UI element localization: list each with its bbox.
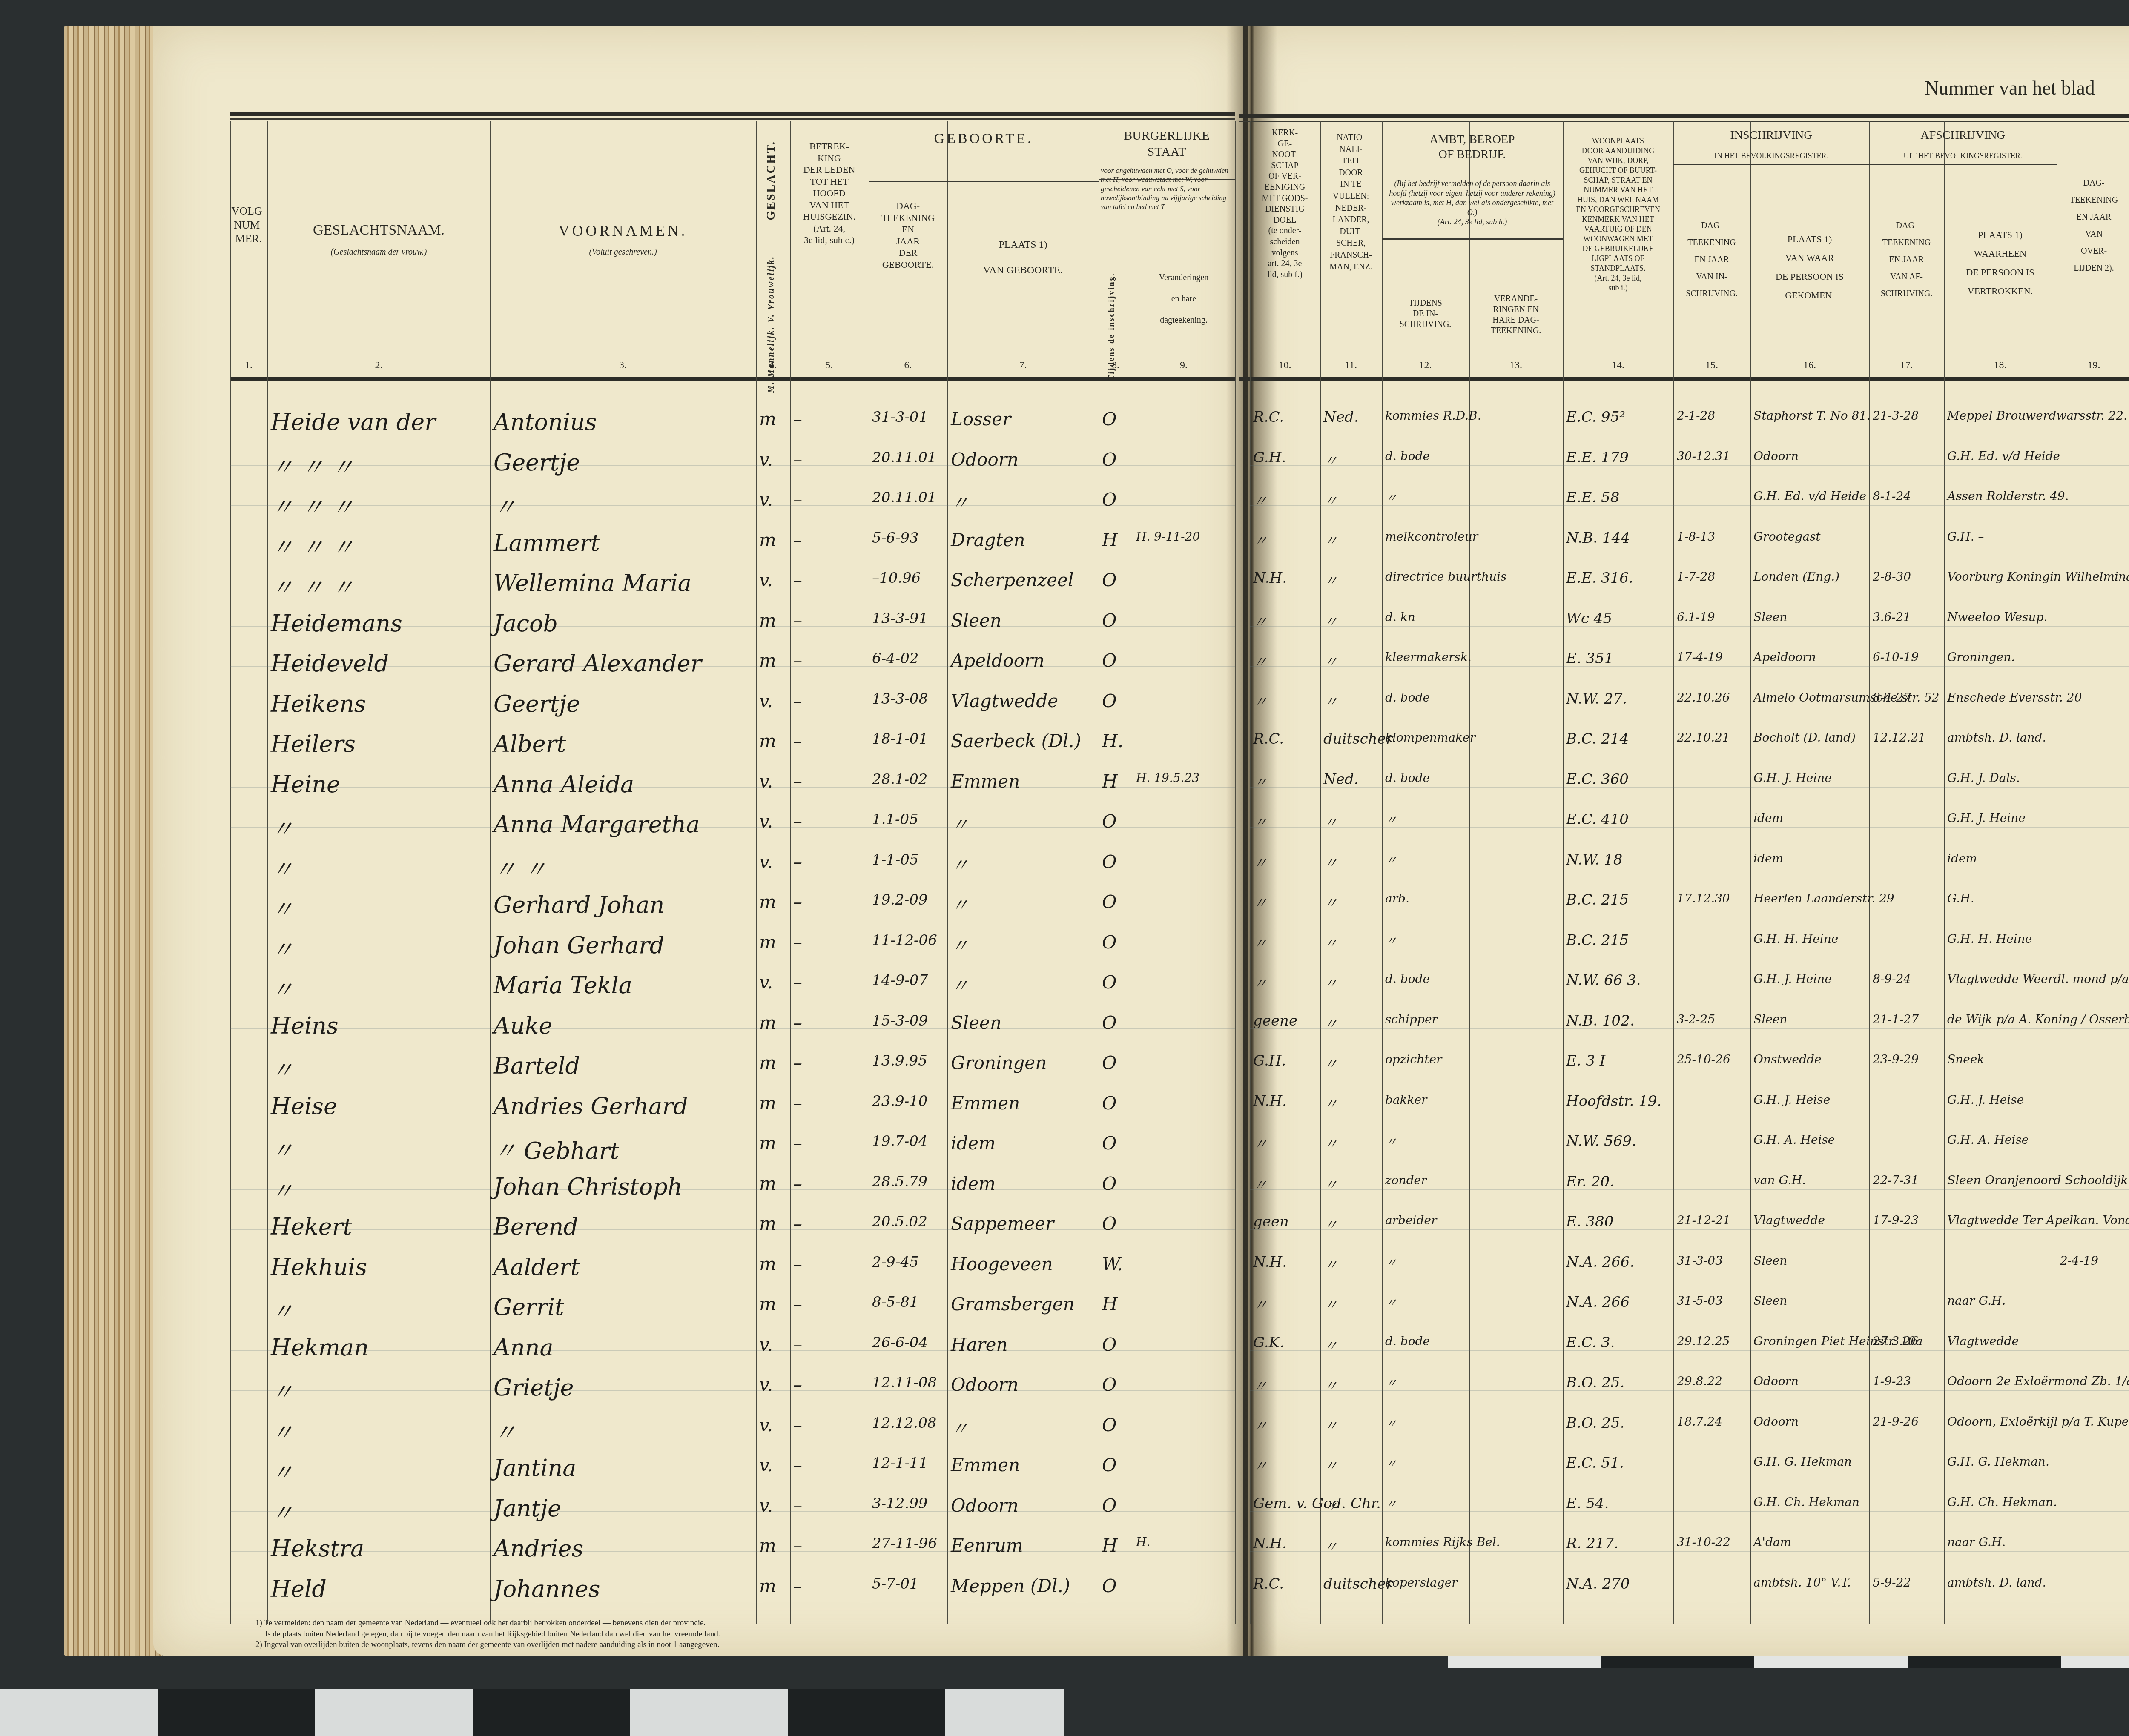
header-group-underline	[1869, 164, 2057, 165]
cell-given: Aaldert	[494, 1254, 580, 1281]
calibration-checkerboard	[0, 1689, 1064, 1736]
column-number: 8.	[1099, 360, 1133, 371]
cell-surname: 〃	[271, 1173, 294, 1206]
cell-nat: Ned.	[1323, 409, 1358, 426]
cell-given: Johan Christoph	[494, 1173, 683, 1200]
cell-in-date: 29.8.22	[1677, 1374, 1722, 1388]
cell-church: 〃	[1253, 1374, 1268, 1395]
cell-address: B.O. 25.	[1566, 1374, 1624, 1391]
cell-church: geene	[1253, 1012, 1297, 1029]
ruled-line	[230, 1390, 1235, 1391]
ruled-line	[1250, 988, 2129, 988]
column-number: 10.	[1250, 360, 1320, 371]
ruled-line	[230, 868, 1235, 868]
cell-address: E.E. 58	[1566, 489, 1619, 506]
header-top-rule-right	[1239, 114, 2129, 118]
ruled-line	[230, 505, 1235, 506]
column-number: 4.	[756, 360, 790, 371]
cell-given: 〃	[494, 1415, 516, 1447]
cell-surname: Heidemans	[271, 610, 402, 637]
cell-rel: –	[793, 1334, 802, 1355]
cell-sex: m	[759, 530, 776, 550]
cell-occupation: kleermakersk.	[1385, 650, 1472, 664]
cell-address: N.W. 27.	[1566, 690, 1627, 708]
cell-sex: v.	[759, 851, 773, 872]
cell-birth-date: 20.5.02	[872, 1213, 927, 1230]
cell-in-from: idem	[1753, 851, 1783, 865]
cell-birth-place: 〃	[951, 489, 969, 515]
cell-civil: O	[1102, 1213, 1116, 1234]
cell-rel: –	[793, 1213, 802, 1234]
cell-occupation: opzichter	[1385, 1052, 1442, 1066]
cell-rel: –	[793, 771, 802, 792]
column-divider	[1320, 121, 1321, 1624]
header-bottom-rule-left	[230, 377, 1235, 381]
cell-birth-date: 27-11-96	[872, 1535, 937, 1552]
cell-nat: 〃	[1323, 449, 1338, 470]
cell-rel: –	[793, 1133, 802, 1154]
cell-surname: Hekhuis	[271, 1254, 367, 1281]
cell-out-to: G.H. J. Heise	[1947, 1093, 2024, 1107]
cell-given: Andries	[494, 1535, 583, 1562]
ruled-line	[1250, 425, 2129, 425]
cell-occupation: 〃	[1385, 1133, 1397, 1150]
ruled-line	[230, 747, 1235, 747]
cell-in-date: 25-10-26	[1677, 1052, 1730, 1066]
cell-nat: 〃	[1323, 1455, 1338, 1475]
cell-nat: 〃	[1323, 1495, 1338, 1516]
column-divider	[267, 121, 268, 1624]
header-top-rule-left	[230, 112, 1235, 116]
cell-in-from: Bocholt (D. land)	[1753, 730, 1856, 745]
sheet-number-label: Nummer van het blad	[1925, 77, 2095, 99]
cell-out-date: 27.3.26	[1873, 1334, 1918, 1348]
header-nationaliteit: NATIO- NALI- TEIT DOOR IN TE VULLEN: NED…	[1320, 132, 1382, 273]
header-betrekking: BETREK- KING DER LEDEN TOT HET HOOFD VAN…	[790, 140, 869, 246]
header-civil-veranderingen: Veranderingen en hare dagteekening.	[1133, 272, 1235, 326]
cell-church: G.H.	[1253, 1052, 1286, 1069]
cell-birth-date: 6-4-02	[872, 650, 919, 667]
cell-address: B.O. 25.	[1566, 1415, 1624, 1432]
cell-occupation: d. bode	[1385, 771, 1430, 785]
cell-rel: –	[793, 1173, 802, 1194]
ruled-line	[1250, 546, 2129, 546]
cell-out-to: Vlagtwedde Weerdl. mond p/a A. Mendering…	[1947, 972, 2129, 986]
cell-surname: Hekman	[271, 1334, 369, 1361]
cell-nat: duitscher	[1323, 1576, 1393, 1593]
cell-birth-place: Eenrum	[951, 1535, 1023, 1556]
header-ambt-tijdens: TIJDENS DE IN- SCHRIJVING.	[1382, 298, 1469, 330]
ruled-line	[1250, 868, 2129, 868]
cell-surname: Heine	[271, 771, 340, 798]
cell-out-to: naar G.H.	[1947, 1535, 2006, 1549]
cell-surname: Heins	[271, 1012, 339, 1039]
cell-occupation: arb.	[1385, 891, 1409, 905]
cell-out-to: Vlagtwedde	[1947, 1334, 2019, 1348]
cell-given: Grietje	[494, 1374, 574, 1401]
cell-sex: m	[759, 1052, 776, 1073]
column-number: 6.	[869, 360, 947, 371]
cell-sex: m	[759, 1294, 776, 1315]
column-number: 5.	[790, 360, 869, 371]
cell-nat: 〃	[1323, 1012, 1338, 1033]
ruled-line	[1250, 948, 2129, 948]
cell-given: Auke	[494, 1012, 552, 1039]
ruled-line	[230, 586, 1235, 586]
column-number: 19.	[2057, 360, 2129, 371]
cell-out-to: Meppel Brouwerdwarsstr. 22.	[1947, 409, 2127, 423]
cell-in-from: Sleen	[1753, 1012, 1787, 1026]
cell-civil: O	[1102, 690, 1116, 711]
ruled-line	[1250, 1431, 2129, 1431]
cell-birth-date: 20.11.01	[872, 449, 936, 466]
cell-out-date: 3.6-21	[1873, 610, 1911, 624]
cell-occupation: 〃	[1385, 932, 1397, 949]
cell-surname: 〃	[271, 811, 294, 844]
cell-nat: 〃	[1323, 1052, 1338, 1073]
cell-given: Jacob	[494, 610, 558, 637]
cell-civil: O	[1102, 489, 1116, 510]
cell-birth-place: Meppen (Dl.)	[951, 1576, 1070, 1596]
ruled-line	[230, 465, 1235, 466]
cell-church: 〃	[1253, 811, 1268, 832]
cell-in-from: idem	[1753, 811, 1783, 825]
column-divider	[1673, 121, 1674, 1624]
cell-nat: 〃	[1323, 1334, 1338, 1355]
column-number: 13.	[1469, 360, 1563, 371]
cell-sex: v.	[759, 489, 773, 510]
header-group-burgerlijke-staat: BURGERLIJKE STAAT	[1099, 128, 1235, 160]
column-number: 14.	[1563, 360, 1673, 371]
cell-surname: 〃 〃 〃	[271, 449, 354, 482]
cell-rel: –	[793, 570, 802, 590]
cell-occupation: d. kn	[1385, 610, 1415, 624]
cell-rel: –	[793, 1254, 802, 1275]
cell-out-date: 21-9-26	[1873, 1415, 1919, 1429]
column-divider	[490, 121, 491, 1624]
cell-birth-place: 〃	[951, 851, 969, 877]
header-inschrijving-sub: IN HET BEVOLKINGSREGISTER.	[1673, 151, 1869, 161]
cell-sex: m	[759, 1133, 776, 1154]
cell-sex: v.	[759, 972, 773, 993]
header-group-ambt: AMBT, BEROEP OF BEDRIJF.	[1382, 132, 1563, 162]
cell-birth-date: 13-3-08	[872, 690, 928, 708]
column-number: 15.	[1673, 360, 1750, 371]
cell-nat: 〃	[1323, 1254, 1338, 1275]
cell-birth-date: 28.5.79	[872, 1173, 927, 1190]
cell-church: 〃	[1253, 530, 1268, 550]
cell-birth-place: Emmen	[951, 1455, 1020, 1475]
footnotes: 1) Te vermelden: den naam der gemeente v…	[255, 1618, 1235, 1650]
cell-birth-place: Sleen	[951, 610, 1001, 631]
cell-occupation: d. bode	[1385, 972, 1430, 986]
cell-nat: 〃	[1323, 1294, 1338, 1315]
cell-civil: O	[1102, 1374, 1116, 1395]
cell-rel: –	[793, 1535, 802, 1556]
column-divider	[1250, 121, 1251, 1624]
footnote-1: 1) Te vermelden: den naam der gemeente v…	[255, 1618, 1235, 1629]
ruled-line	[230, 1028, 1235, 1029]
cell-address: E.E. 316.	[1566, 570, 1633, 587]
cell-civil-change: H. 19.5.23	[1136, 771, 1199, 785]
cell-occupation: 〃	[1385, 851, 1397, 868]
header-geboorte-plaats: PLAATS 1) VAN GEBOORTE.	[947, 238, 1099, 277]
cell-occupation: koperslager	[1385, 1576, 1458, 1590]
cell-birth-date: 3-12.99	[872, 1495, 927, 1512]
cell-birth-place: 〃	[951, 932, 969, 957]
cell-surname: 〃	[271, 1052, 294, 1085]
ruled-line	[1250, 1109, 2129, 1109]
cell-church: N.H.	[1253, 1093, 1287, 1110]
cell-given: Albert	[494, 730, 566, 757]
cell-birth-date: 15-3-09	[872, 1012, 928, 1029]
cell-sex: v.	[759, 1415, 773, 1435]
cell-in-date: 1-8-13	[1677, 530, 1715, 544]
cell-in-date: 3-2-25	[1677, 1012, 1715, 1026]
cell-birth-place: Sappemeer	[951, 1213, 1054, 1234]
column-divider	[1869, 121, 1870, 1624]
cell-given: Berend	[494, 1213, 578, 1240]
column-number: 9.	[1133, 360, 1235, 371]
cell-rel: –	[793, 972, 802, 993]
header-voornamen-note: (Voluit geschreven.)	[490, 247, 756, 258]
header-top-rule-right-thin	[1239, 121, 2129, 122]
column-divider	[869, 121, 869, 1624]
ruled-line	[230, 1310, 1235, 1310]
cell-address: N.W. 66 3.	[1566, 972, 1641, 989]
cell-surname: 〃	[271, 1495, 294, 1528]
column-number: 18.	[1944, 360, 2057, 371]
cell-in-from: Apeldoorn	[1753, 650, 1816, 664]
ruled-line	[230, 1431, 1235, 1431]
cell-address: N.W. 569.	[1566, 1133, 1636, 1150]
cell-death: 2-4-19	[2060, 1254, 2098, 1268]
cell-birth-date: 19.2-09	[872, 891, 927, 908]
cell-out-to: Groningen.	[1947, 650, 2015, 664]
cell-given: Gerard Alexander	[494, 650, 702, 677]
cell-out-to: Enschede Eversstr. 20	[1947, 690, 2082, 705]
column-divider	[1099, 121, 1099, 1624]
cell-nat: 〃	[1323, 570, 1338, 590]
cell-sex: m	[759, 1093, 776, 1114]
cell-occupation: 〃	[1385, 1495, 1397, 1512]
cell-in-from: Grootegast	[1753, 530, 1821, 544]
cell-birth-place: Sleen	[951, 1012, 1001, 1033]
cell-civil: O	[1102, 851, 1116, 872]
cell-civil: O	[1102, 811, 1116, 832]
cell-rel: –	[793, 530, 802, 550]
cell-out-date: 6-10-19	[1873, 650, 1919, 664]
cell-out-to: G.H. Ch. Hekman.	[1947, 1495, 2057, 1509]
cell-church: 〃	[1253, 1415, 1268, 1435]
cell-civil: O	[1102, 932, 1116, 953]
cell-out-to: Sneek	[1947, 1052, 1984, 1066]
cell-in-from: G.H. J. Heine	[1753, 972, 1832, 986]
cell-surname: 〃 〃 〃	[271, 570, 354, 602]
ruled-line	[230, 1149, 1235, 1149]
cell-birth-place: Apeldoorn	[951, 650, 1044, 671]
cell-birth-place: Emmen	[951, 1093, 1020, 1114]
cell-address: E.C. 51.	[1566, 1455, 1624, 1472]
cell-nat: 〃	[1323, 1535, 1338, 1556]
cell-given: Johan Gerhard	[494, 932, 664, 959]
cell-out-date: 22-7-31	[1873, 1173, 1919, 1187]
ruled-line	[230, 1229, 1235, 1230]
column-number: 16.	[1750, 360, 1869, 371]
cell-in-from: Sleen	[1753, 1294, 1787, 1308]
header-group-underline	[1382, 238, 1563, 240]
cell-surname: 〃	[271, 1294, 294, 1326]
cell-civil: O	[1102, 409, 1116, 430]
cell-in-from: Odoorn	[1753, 1415, 1799, 1429]
cell-rel: –	[793, 1455, 802, 1475]
cell-church: 〃	[1253, 1455, 1268, 1475]
cell-birth-place: Hoogeveen	[951, 1254, 1053, 1275]
cell-address: Er. 20.	[1566, 1173, 1614, 1190]
cell-nat: 〃	[1323, 1374, 1338, 1395]
ruled-line	[1250, 827, 2129, 828]
cell-out-to: G.H. H. Heine	[1947, 932, 2032, 946]
cell-civil: H	[1102, 1294, 1118, 1315]
cell-out-to: Voorburg Koningin Wilhelminalaan 50.	[1947, 570, 2129, 584]
book-page-edges	[64, 26, 162, 1656]
cell-birth-place: Emmen	[951, 771, 1020, 792]
cell-birth-place: Odoorn	[951, 449, 1019, 470]
ruled-line	[1250, 1390, 2129, 1391]
cell-in-from: Staphorst T. No 81.	[1753, 409, 1871, 423]
cell-out-to: G.H. J. Heine	[1947, 811, 2026, 825]
cell-birth-date: 2-9-45	[872, 1254, 919, 1271]
cell-nat: Ned.	[1323, 771, 1358, 788]
cell-civil: O	[1102, 1415, 1116, 1435]
header-geslacht: GESLACHT.	[764, 140, 778, 221]
cell-nat: 〃	[1323, 972, 1338, 993]
header-group-inschrijving: INSCHRIJVING	[1673, 128, 1869, 143]
column-number: 3.	[490, 360, 756, 371]
cell-surname: 〃 〃 〃	[271, 489, 354, 522]
cell-nat: 〃	[1323, 610, 1338, 631]
cell-birth-place: Vlagtwedde	[951, 690, 1058, 711]
cell-out-to: G.H. A. Heise	[1947, 1133, 2029, 1147]
cell-civil: O	[1102, 1052, 1116, 1073]
cell-given: Anna	[494, 1334, 554, 1361]
cell-in-from: ambtsh. 10° V.T.	[1753, 1576, 1851, 1590]
ruled-line	[230, 1592, 1235, 1592]
cell-in-from: Sleen	[1753, 610, 1787, 624]
cell-rel: –	[793, 650, 802, 671]
cell-birth-place: 〃	[951, 891, 969, 917]
ruled-line	[1250, 626, 2129, 627]
cell-civil: W.	[1102, 1254, 1123, 1275]
cell-nat: 〃	[1323, 1213, 1338, 1234]
cell-in-date: 21-12-21	[1677, 1213, 1730, 1227]
cell-in-from: Onstwedde	[1753, 1052, 1822, 1066]
cell-out-to: G.H. J. Dals.	[1947, 771, 2020, 785]
ruled-line	[230, 787, 1235, 788]
ruled-line	[1250, 1069, 2129, 1069]
cell-occupation: d. bode	[1385, 449, 1430, 463]
cell-surname: Heideveld	[271, 650, 389, 677]
cell-out-date: 23-9-29	[1873, 1052, 1919, 1066]
cell-church: 〃	[1253, 851, 1268, 872]
column-divider	[230, 121, 231, 1624]
cell-address: R. 217.	[1566, 1535, 1618, 1552]
cell-church: 〃	[1253, 610, 1268, 631]
cell-occupation: d. bode	[1385, 1334, 1430, 1348]
cell-rel: –	[793, 690, 802, 711]
cell-sex: m	[759, 1576, 776, 1596]
cell-given: Wellemina Maria	[494, 570, 691, 596]
cell-sex: v.	[759, 1455, 773, 1475]
cell-given: 〃 Gebhart	[494, 1133, 619, 1166]
header-ambt-note: (Bij het bedrijf vermelden of de persoon…	[1386, 179, 1558, 227]
cell-address: N.B. 144	[1566, 530, 1630, 547]
cell-church: N.H.	[1253, 570, 1287, 587]
ruled-line	[1250, 1350, 2129, 1351]
cell-surname: Hekert	[271, 1213, 352, 1240]
ruled-line	[230, 827, 1235, 828]
cell-out-to: G.H.	[1947, 891, 1974, 905]
cell-nat: duitscher	[1323, 730, 1393, 748]
cell-sex: m	[759, 610, 776, 631]
cell-nat: 〃	[1323, 811, 1338, 832]
cell-in-date: 1-7-28	[1677, 570, 1715, 584]
cell-address: N.A. 270	[1566, 1576, 1630, 1593]
cell-given: Maria Tekla	[494, 972, 632, 999]
ruled-line	[230, 546, 1235, 546]
cell-birth-place: Saerbeck (Dl.)	[951, 730, 1081, 751]
header-group-underline	[1673, 164, 1869, 165]
cell-sex: v.	[759, 570, 773, 590]
ruled-line	[1250, 908, 2129, 908]
cell-out-date: 8-1-24	[1873, 489, 1911, 503]
cell-church: R.C.	[1253, 1576, 1284, 1593]
cell-address: E.C. 360	[1566, 771, 1629, 788]
cell-birth-date: 12.12.08	[872, 1415, 936, 1432]
cell-in-date: 29.12.25	[1677, 1334, 1730, 1348]
cell-out-to: Vlagtwedde Ter Apelkan. Vonders.	[1947, 1213, 2129, 1227]
cell-in-date: 22.10.21	[1677, 730, 1730, 745]
cell-in-date: 31-3-03	[1677, 1254, 1723, 1268]
cell-address: E. 351	[1566, 650, 1613, 667]
cell-address: N.W. 18	[1566, 851, 1622, 868]
cell-birth-date: 13-3-91	[872, 610, 928, 627]
cell-rel: –	[793, 1374, 802, 1395]
column-divider	[1944, 121, 1945, 1624]
cell-rel: –	[793, 1294, 802, 1315]
header-volgnummer: VOLG- NUM- MER.	[230, 204, 267, 246]
cell-birth-date: 23.9-10	[872, 1093, 927, 1110]
column-divider	[756, 121, 757, 1624]
cell-in-from: Odoorn	[1753, 1374, 1799, 1388]
cell-given: Geertje	[494, 449, 580, 476]
cell-out-to: de Wijk p/a A. Koning / Osserbluit.	[1947, 1012, 2129, 1026]
cell-sex: m	[759, 730, 776, 751]
header-burgerlijke-staat-note: voor ongehuwden met O, voor de gehuwden …	[1101, 166, 1233, 211]
cell-sex: m	[759, 932, 776, 953]
cell-out-date: 1-9-23	[1873, 1374, 1911, 1388]
cell-birth-place: 〃	[951, 811, 969, 836]
cell-civil: H.	[1102, 730, 1123, 751]
cell-rel: –	[793, 730, 802, 751]
cell-surname: 〃	[271, 851, 294, 884]
cell-occupation: 〃	[1385, 1374, 1397, 1391]
cell-in-from: G.H. G. Hekman	[1753, 1455, 1852, 1469]
column-number: 1.	[230, 360, 267, 371]
cell-occupation: d. bode	[1385, 690, 1430, 705]
cell-church: 〃	[1253, 650, 1268, 671]
cell-occupation: directrice buurthuis	[1385, 570, 1489, 584]
